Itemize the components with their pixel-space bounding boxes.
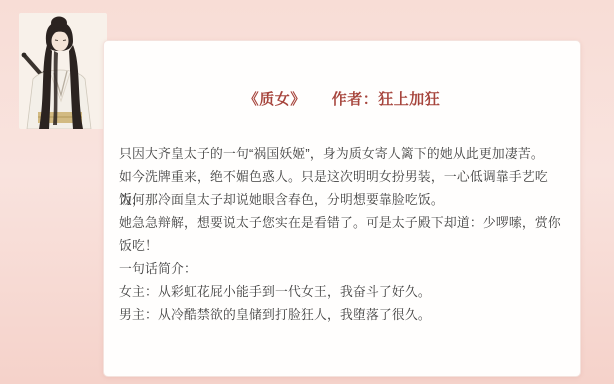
synopsis-text: 只因大齐皇太子的一句“祸国妖姬”，身为质女寄人篱下的她从此更加凄苦。如今洗牌重来… [104, 142, 580, 326]
novel-intro-card: 《质女》作者：狂上加狂 只因大齐皇太子的一句“祸国妖姬”，身为质女寄人篱下的她从… [103, 40, 581, 377]
synopsis-line: 男主：从冷酷禁欲的皇储到打脸狂人，我堕落了很久。 [119, 303, 567, 326]
synopsis-line: 饭吃！ [119, 234, 567, 257]
synopsis-line: 一句话简介： [119, 257, 567, 280]
page-background: 《质女》作者：狂上加狂 只因大齐皇太子的一句“祸国妖姬”，身为质女寄人篱下的她从… [0, 0, 614, 384]
character-portrait-illustration [19, 13, 107, 129]
synopsis-line: 只因大齐皇太子的一句“祸国妖姬”，身为质女寄人篱下的她从此更加凄苦。 [119, 142, 567, 165]
synopsis-line: 为何那冷面皇太子却说她眼含春色，分明想要靠脸吃饭。 [119, 188, 567, 211]
synopsis-line: 她急急辩解，想要说太子您实在是看错了。可是太子殿下却道：少啰嗦，赏你 [119, 211, 567, 234]
title-row: 《质女》作者：狂上加狂 [104, 89, 580, 111]
book-title: 《质女》 [244, 91, 306, 108]
author-label: 作者：狂上加狂 [332, 91, 441, 108]
synopsis-line: 如今洗牌重来，绝不媚色惑人。只是这次明明女扮男装，一心低调靠手艺吃饭， [119, 165, 567, 188]
synopsis-line: 女主：从彩虹花屁小能手到一代女王，我奋斗了好久。 [119, 280, 567, 303]
